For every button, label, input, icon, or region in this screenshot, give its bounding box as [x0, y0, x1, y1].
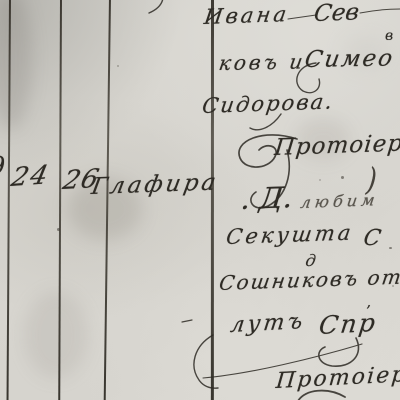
surname-tail-flourish	[250, 114, 281, 130]
paraph-long-sweep	[203, 344, 362, 378]
ink-flourishes	[0, 0, 400, 400]
ink-speck	[341, 176, 344, 179]
clergy-paraph-curl	[239, 135, 297, 167]
connector-stroke	[288, 15, 316, 19]
ink-speck	[392, 285, 394, 287]
ink-speck	[319, 179, 321, 181]
paraph-left-sweep	[194, 335, 218, 388]
scanned-register-page: 9 24 26 Глафира . Д. любим Ивана Сев в к…	[0, 0, 400, 400]
dash-mark	[182, 320, 192, 322]
clergy-paraph-descender	[251, 150, 289, 208]
ink-speck	[57, 228, 60, 231]
descender-j-loop	[319, 338, 359, 366]
connector-stroke	[360, 9, 400, 13]
capital-s-loop	[297, 63, 320, 93]
top-edge-stroke	[149, 0, 163, 13]
bottom-edge-loop	[298, 391, 345, 400]
ink-speck	[117, 65, 119, 67]
ink-speck	[389, 247, 392, 249]
